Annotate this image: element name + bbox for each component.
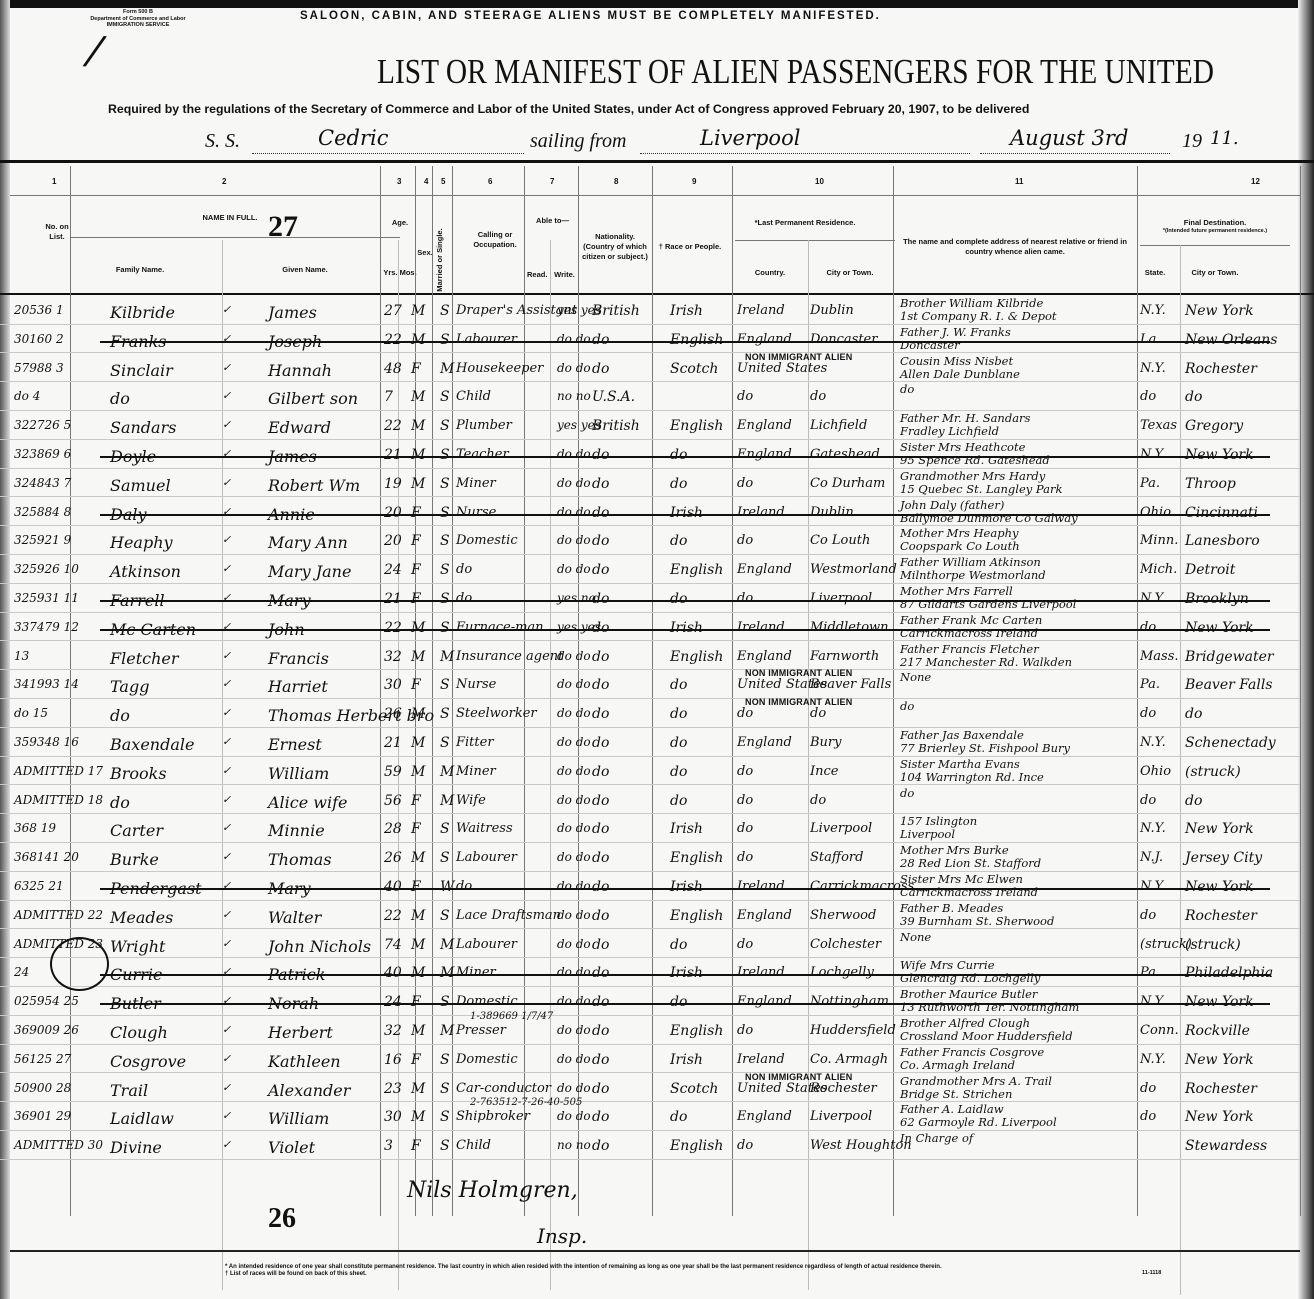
sex: F	[411, 821, 421, 837]
table-row: 36901 29 Laidlaw ✓ William 30 M S Shipbr…	[0, 1106, 1300, 1131]
age: 22	[384, 908, 402, 924]
list-number: 324843 7	[14, 476, 71, 490]
given-name: Francis	[268, 649, 329, 668]
race: English	[670, 562, 723, 578]
sex: M	[411, 1109, 425, 1125]
colnum-7: 7	[550, 177, 554, 186]
destination-city: New York	[1185, 620, 1254, 636]
occupation: Child	[456, 1138, 491, 1153]
table-row: 324843 7 Samuel ✓ Robert Wm 19 M S Miner…	[0, 473, 1300, 498]
table-row: 323869 6 Doyle ✓ James 21 M S Teacher do…	[0, 444, 1300, 469]
occupation: Miner	[456, 764, 496, 779]
given-name: Violet	[268, 1138, 315, 1157]
nationality: do	[592, 706, 609, 722]
destination-city: Rochester	[1185, 361, 1257, 377]
destination-city: New York	[1185, 1109, 1254, 1125]
given-name: Thomas	[268, 850, 332, 869]
relative-address: Co. Armagh Ireland	[900, 1058, 1015, 1072]
family-name: Farrell	[110, 591, 165, 610]
check-mark-icon: ✓	[222, 1023, 231, 1036]
given-name: Norah	[268, 994, 319, 1013]
given-name: Thomas Herbert bro	[268, 706, 434, 725]
race: do	[670, 994, 687, 1010]
list-number: 56125 27	[14, 1052, 71, 1066]
destination-rule	[1140, 245, 1290, 246]
list-number: 13	[14, 649, 29, 663]
relative-name: Father Frank Mc Carten	[900, 613, 1042, 627]
relative-address: Coopspark Co Louth	[900, 539, 1020, 553]
footnotes: * An intended residence of one year shal…	[225, 1264, 942, 1278]
residence-city: West Houghton	[810, 1138, 912, 1153]
race: Scotch	[670, 361, 718, 377]
read-write: do do	[557, 764, 591, 778]
given-name: William	[268, 1109, 329, 1128]
destination-state: N.Y.	[1140, 879, 1166, 894]
race: do	[670, 735, 687, 751]
destination-city: New York	[1185, 447, 1254, 463]
read-write: do do	[557, 1081, 591, 1095]
residence-city: Co. Armagh	[810, 1052, 888, 1067]
table-row: 50900 28 Trail ✓ Alexander 23 M S Car-co…	[0, 1078, 1300, 1103]
nationality: U.S.A.	[592, 389, 635, 405]
given-name: Alexander	[268, 1081, 350, 1100]
residence-country: United States	[737, 361, 827, 376]
inspector-signature: Nils Holmgren,	[407, 1178, 578, 1203]
residence-city: Dublin	[810, 303, 854, 318]
header-yrs-mos: Yrs. Mos.	[380, 268, 420, 278]
sex: M	[411, 620, 425, 636]
residence-country: do	[737, 937, 753, 952]
list-number: 36901 29	[14, 1109, 71, 1123]
sex: M	[411, 447, 425, 463]
race: Irish	[670, 821, 703, 837]
sex: M	[411, 764, 425, 780]
header-relative: The name and complete address of nearest…	[900, 237, 1130, 257]
residence-city: Lochgelly	[810, 965, 874, 980]
read-write: do do	[557, 332, 591, 346]
nationality: do	[592, 1138, 609, 1154]
nationality: do	[592, 965, 609, 981]
table-row: ADMITTED 17 Brooks ✓ William 59 M M Mine…	[0, 761, 1300, 786]
port-name: Liverpool	[700, 126, 800, 150]
family-name: do	[110, 389, 130, 408]
nationality: British	[592, 303, 640, 319]
header-final-destination: Final Destination.	[1150, 218, 1280, 228]
family-name: Butler	[110, 994, 161, 1013]
residence-city: do	[810, 706, 826, 721]
nationality: do	[592, 620, 609, 636]
given-name: Patrick	[268, 965, 325, 984]
family-name: Franks	[110, 332, 167, 351]
destination-city: Philadelphia	[1185, 965, 1273, 981]
nationality: do	[592, 850, 609, 866]
residence-city: do	[810, 793, 826, 808]
occupation: Labourer	[456, 332, 517, 347]
race: Irish	[670, 965, 703, 981]
colnum-9: 9	[692, 177, 696, 186]
read-write: do do	[557, 447, 591, 461]
sex: M	[411, 735, 425, 751]
table-header-rule	[0, 293, 1314, 295]
list-number: 325926 10	[14, 562, 79, 576]
age: 48	[384, 361, 402, 377]
list-number: 025954 25	[14, 994, 79, 1008]
given-name: Herbert	[268, 1023, 333, 1042]
occupation: Insurance agent	[456, 649, 563, 664]
marital-status: S	[440, 821, 450, 837]
given-name: Joseph	[268, 332, 322, 351]
sex: F	[411, 677, 421, 693]
age: 19	[384, 476, 402, 492]
list-number: 325931 11	[14, 591, 79, 605]
residence-country: Ireland	[737, 965, 785, 980]
colnum-2: 2	[222, 177, 226, 186]
marital-status: M	[440, 1023, 454, 1039]
colnum-6: 6	[488, 177, 492, 186]
nationality: do	[592, 533, 609, 549]
residence-city: do	[810, 389, 826, 404]
read-write: do do	[557, 965, 591, 979]
nationality: do	[592, 562, 609, 578]
colnum-12: 12	[1251, 177, 1260, 186]
residence-country: Ireland	[737, 1052, 785, 1067]
age: 28	[384, 821, 402, 837]
given-name: John	[268, 620, 305, 639]
table-row: 56125 27 Cosgrove ✓ Kathleen 16 F S Dome…	[0, 1049, 1300, 1074]
age: 24	[384, 562, 402, 578]
check-mark-icon: ✓	[222, 447, 231, 460]
scan-top-edge	[0, 0, 1314, 8]
nationality: do	[592, 764, 609, 780]
nationality: do	[592, 994, 609, 1010]
residence-country: England	[737, 447, 792, 462]
destination-city: Bridgewater	[1185, 649, 1274, 665]
check-mark-icon: ✓	[222, 303, 231, 316]
residence-country: England	[737, 735, 792, 750]
list-number: 6325 21	[14, 879, 64, 893]
relative-address: 87 Gildarts Gardens Liverpool	[900, 597, 1076, 611]
relative-name: Brother Maurice Butler	[900, 987, 1037, 1001]
race: do	[670, 476, 687, 492]
destination-city: Stewardess	[1185, 1138, 1267, 1154]
residence-city: Liverpool	[810, 1109, 872, 1124]
destination-city: Rochester	[1185, 908, 1257, 924]
marital-status: M	[440, 361, 454, 377]
header-race: † Race or People.	[655, 242, 725, 252]
read-write: do do	[557, 735, 591, 749]
residence-country: do	[737, 706, 753, 721]
check-mark-icon: ✓	[222, 562, 231, 575]
destination-state: Pa.	[1140, 965, 1160, 980]
relative-address: Liverpool	[900, 827, 955, 841]
occupation: Domestic	[456, 533, 518, 548]
destination-city: (struck)	[1185, 937, 1241, 953]
check-mark-icon: ✓	[222, 1052, 231, 1065]
residence-city: Co Durham	[810, 476, 885, 491]
marital-status: S	[440, 620, 450, 636]
residence-country: England	[737, 418, 792, 433]
race: English	[670, 332, 723, 348]
given-name: Minnie	[268, 821, 325, 840]
relative-name: Grandmother Mrs A. Trail	[900, 1074, 1052, 1088]
age: 21	[384, 735, 402, 751]
sex: F	[411, 361, 421, 377]
destination-state: N.Y.	[1140, 361, 1166, 376]
check-mark-icon: ✓	[222, 821, 231, 834]
relative-name: John Daly (father)	[900, 498, 1004, 512]
read-write: do do	[557, 649, 591, 663]
destination-state: Pa.	[1140, 677, 1160, 692]
date-line	[980, 153, 1170, 154]
given-name: Mary	[268, 591, 311, 610]
colnum-11: 11	[1015, 177, 1023, 186]
sex: M	[411, 389, 425, 405]
check-mark-icon: ✓	[222, 620, 231, 633]
residence-city: Dublin	[810, 505, 854, 520]
occupation: Labourer	[456, 850, 517, 865]
check-mark-icon: ✓	[222, 476, 231, 489]
header-city: City or Town.	[820, 268, 880, 278]
nationality: do	[592, 879, 609, 895]
marital-status: S	[440, 1109, 450, 1125]
destination-state: N.Y.	[1140, 994, 1166, 1009]
table-row: do 15 do ✓ Thomas Herbert bro 26 M S Ste…	[0, 703, 1300, 728]
occupation: Domestic	[456, 994, 518, 1009]
passenger-count: 26	[268, 1203, 296, 1235]
given-name: Robert Wm	[268, 476, 360, 495]
family-name: Laidlaw	[110, 1109, 174, 1128]
list-number: ADMITTED 30	[14, 1138, 103, 1152]
race: English	[670, 908, 723, 924]
destination-state: Ohio	[1140, 505, 1171, 520]
age: 20	[384, 505, 402, 521]
table-row: 30160 2 Franks ✓ Joseph 22 M S Labourer …	[0, 329, 1300, 354]
check-mark-icon: ✓	[222, 1138, 231, 1151]
table-row: 368141 20 Burke ✓ Thomas 26 M S Labourer…	[0, 847, 1300, 872]
sex: F	[411, 533, 421, 549]
occupation: Car-conductor	[456, 1081, 551, 1096]
table-row: ADMITTED 23 Wright ✓ John Nichols 74 M M…	[0, 934, 1300, 959]
name-rule	[70, 237, 400, 238]
given-name: Mary Ann	[268, 533, 348, 552]
table-row: 322726 5 Sandars ✓ Edward 22 M S Plumber…	[0, 415, 1300, 440]
given-name: Hannah	[268, 361, 332, 380]
relative-name: Brother Alfred Clough	[900, 1016, 1030, 1030]
residence-city: Nottingham	[810, 994, 889, 1009]
destination-state: N.J.	[1140, 850, 1163, 865]
age: 24	[384, 994, 402, 1010]
family-name: Heaphy	[110, 533, 173, 552]
age: 32	[384, 1023, 402, 1039]
age: 40	[384, 965, 402, 981]
check-mark-icon: ✓	[222, 1081, 231, 1094]
nationality: do	[592, 361, 609, 377]
family-name: Pendergast	[110, 879, 202, 898]
read-write: do do	[557, 821, 591, 835]
header-write: Write.	[552, 270, 577, 280]
residence-country: England	[737, 908, 792, 923]
residence-country: do	[737, 1023, 753, 1038]
list-number: ADMITTED 18	[14, 793, 103, 807]
nationality: do	[592, 793, 609, 809]
sex: F	[411, 879, 421, 895]
given-name: Walter	[268, 908, 321, 927]
sex: M	[411, 649, 425, 665]
sex: F	[411, 591, 421, 607]
destination-city: New York	[1185, 303, 1254, 319]
list-number: 368 19	[14, 821, 56, 835]
relative-address: Allen Dale Dunblane	[900, 367, 1020, 381]
read-write: do do	[557, 533, 591, 547]
age: 22	[384, 418, 402, 434]
list-number: do 4	[14, 389, 40, 403]
table-row: 359348 16 Baxendale ✓ Ernest 21 M S Fitt…	[0, 732, 1300, 757]
table-row: 325884 8 Daly ✓ Annie 20 F S Nurse do do…	[0, 502, 1300, 527]
relative-name: Cousin Miss Nisbet	[900, 354, 1013, 368]
destination-city: Jersey City	[1185, 850, 1262, 866]
header-last-residence: *Last Permanent Residence.	[740, 218, 870, 228]
family-name: Tagg	[110, 677, 149, 696]
marital-status: W	[440, 879, 454, 895]
given-name: William	[268, 764, 329, 783]
header-age: Age.	[385, 218, 415, 228]
family-name: Daly	[110, 505, 147, 524]
residence-city: Ince	[810, 764, 838, 779]
occupation: Presser	[456, 1023, 506, 1038]
destination-city: Cincinnati	[1185, 505, 1258, 521]
residence-city: Rochester	[810, 1081, 877, 1096]
age: 27	[384, 303, 402, 319]
occupation: Furnace-man	[456, 620, 544, 635]
race: Irish	[670, 879, 703, 895]
table-row: 325921 9 Heaphy ✓ Mary Ann 20 F S Domest…	[0, 530, 1300, 555]
marital-status: S	[440, 505, 450, 521]
relative-name: Sister Mrs Heathcote	[900, 440, 1025, 454]
marital-status: S	[440, 533, 450, 549]
table-row: 341993 14 Tagg ✓ Harriet 30 F S Nurse do…	[0, 674, 1300, 699]
relative-name: do	[900, 786, 914, 800]
marital-status: M	[440, 764, 454, 780]
destination-state: Texas	[1140, 418, 1177, 433]
residence-city: Co Louth	[810, 533, 870, 548]
nationality: do	[592, 1081, 609, 1097]
list-number: 50900 28	[14, 1081, 71, 1095]
residence-country: Ireland	[737, 303, 785, 318]
race: Irish	[670, 620, 703, 636]
occupation: do	[456, 879, 472, 894]
list-number: ADMITTED 22	[14, 908, 103, 922]
year-suffix: 11.	[1210, 128, 1239, 149]
residence-city: Middletown	[810, 620, 889, 635]
sex: F	[411, 994, 421, 1010]
destination-city: Rockville	[1185, 1023, 1250, 1039]
relative-address: 13 Ruthworth Ter. Nottingham	[900, 1000, 1079, 1014]
relative-address: 95 Spence Rd. Gateshead	[900, 453, 1050, 467]
race: English	[670, 649, 723, 665]
nationality: do	[592, 1023, 609, 1039]
marital-status: S	[440, 476, 450, 492]
read-write: do do	[557, 1023, 591, 1037]
nationality: do	[592, 677, 609, 693]
residence-country: do	[737, 793, 753, 808]
given-name: John Nichols	[268, 937, 371, 956]
relative-address: Milnthorpe Westmorland	[900, 568, 1046, 582]
destination-city: do	[1185, 706, 1202, 722]
marital-status: S	[440, 850, 450, 866]
read-write: yes no	[557, 591, 596, 605]
list-number: 359348 16	[14, 735, 79, 749]
list-number: 57988 3	[14, 361, 64, 375]
ship-name: Cedric	[318, 126, 388, 150]
colnum-4: 4	[424, 177, 428, 186]
relative-address: 15 Quebec St. Langley Park	[900, 482, 1062, 496]
destination-state: do	[1140, 1109, 1156, 1124]
given-name: Mary	[268, 879, 311, 898]
relative-name: None	[900, 670, 931, 684]
relative-address: 1st Company R. I. & Depot	[900, 309, 1057, 323]
race: English	[670, 850, 723, 866]
relative-name: Sister Mrs Mc Elwen	[900, 872, 1023, 886]
destination-state: do	[1140, 389, 1156, 404]
destination-city: New York	[1185, 1052, 1254, 1068]
given-name: Gilbert son	[268, 389, 358, 408]
given-name: James	[268, 447, 317, 466]
residence-city: Huddersfield	[810, 1023, 896, 1038]
residence-country: England	[737, 332, 792, 347]
residence-city: Beaver Falls	[810, 677, 891, 692]
sex: M	[411, 418, 425, 434]
list-number: 30160 2	[14, 332, 64, 346]
occupation: do	[456, 591, 472, 606]
residence-country: Ireland	[737, 505, 785, 520]
residence-country: do	[737, 850, 753, 865]
family-name: Meades	[110, 908, 173, 927]
nationality: do	[592, 1109, 609, 1125]
table-row: do 4 do ✓ Gilbert son 7 M S Child no no …	[0, 386, 1300, 411]
age: 30	[384, 1109, 402, 1125]
header-family-name: Family Name.	[100, 265, 180, 275]
check-mark-icon: ✓	[222, 591, 231, 604]
destination-city: Detroit	[1185, 562, 1235, 578]
read-write: no no	[557, 1138, 591, 1152]
check-mark-icon: ✓	[222, 505, 231, 518]
relative-address: Glencraig Rd. Lochgelly	[900, 971, 1040, 985]
sex: F	[411, 793, 421, 809]
relative-name: do	[900, 699, 914, 713]
family-name: do	[110, 706, 130, 725]
age: 26	[384, 706, 402, 722]
occupation: Child	[456, 389, 491, 404]
race: do	[670, 764, 687, 780]
relative-name: Wife Mrs Currie	[900, 958, 995, 972]
table-row: 24 Currie ✓ Patrick 40 M M Miner do do d…	[0, 962, 1300, 987]
marital-status: S	[440, 332, 450, 348]
read-write: do do	[557, 562, 591, 576]
nationality: do	[592, 591, 609, 607]
race: Irish	[670, 1052, 703, 1068]
family-name: Currie	[110, 965, 162, 984]
sex: M	[411, 476, 425, 492]
residence-country: do	[737, 533, 753, 548]
read-write: do do	[557, 850, 591, 864]
relative-name: Brother William Kilbride	[900, 296, 1043, 310]
ss-label: S. S.	[205, 130, 240, 153]
check-mark-icon: ✓	[222, 908, 231, 921]
occupation: Waitress	[456, 821, 513, 836]
nationality: do	[592, 821, 609, 837]
relative-name: Father J. W. Franks	[900, 325, 1011, 339]
residence-country: do	[737, 389, 753, 404]
